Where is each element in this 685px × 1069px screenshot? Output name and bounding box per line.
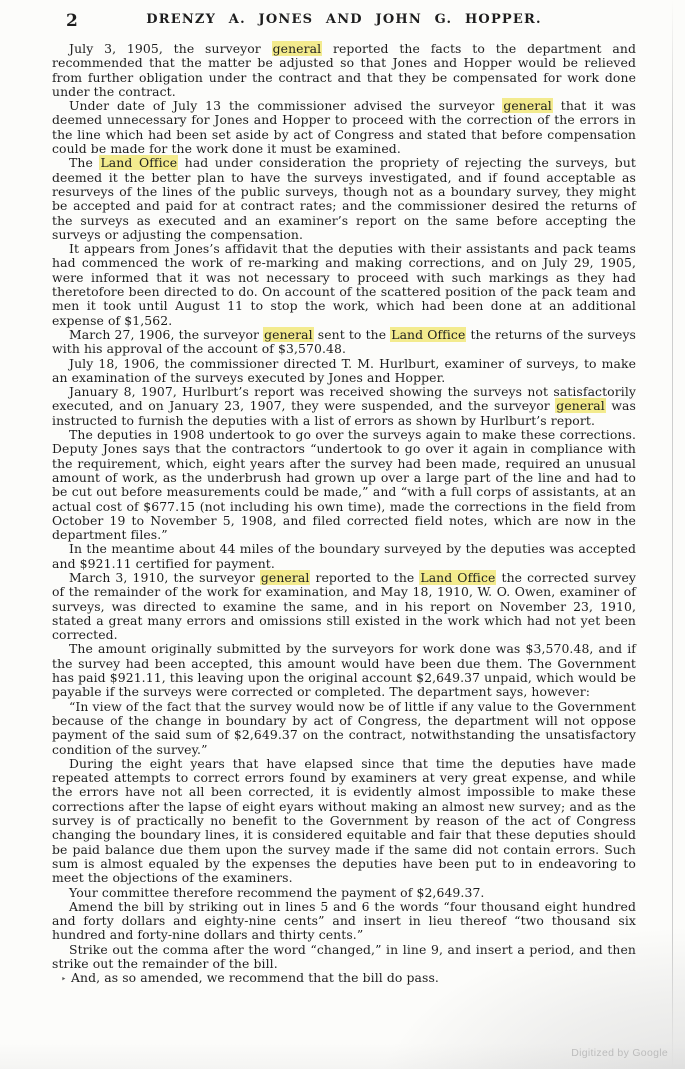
digitized-by-google-watermark: Digitized by Google	[571, 1047, 668, 1059]
paragraph: March 3, 1910, the surveyor general repo…	[52, 571, 636, 642]
page-header: 2 DRENZY A. JONES AND JOHN G. HOPPER.	[52, 12, 636, 27]
document-body: July 3, 1905, the surveyor general repor…	[52, 42, 636, 988]
paragraph: March 27, 1906, the surveyor general sen…	[52, 328, 636, 357]
page-edge-line	[672, 0, 673, 1069]
paragraph: ‣And, as so amended, we recommend that t…	[52, 971, 636, 987]
paragraph: January 8, 1907, Hurlburt’s report was r…	[52, 385, 636, 428]
paragraph: Amend the bill by striking out in lines …	[52, 900, 636, 943]
paragraph: Your committee therefore recommend the p…	[52, 886, 636, 900]
highlighted-term: general	[260, 570, 311, 585]
scanned-document-page: 2 DRENZY A. JONES AND JOHN G. HOPPER. Ju…	[0, 0, 685, 1069]
paragraph: Under date of July 13 the commissioner a…	[52, 99, 636, 156]
highlighted-term: general	[272, 41, 323, 56]
paragraph: July 3, 1905, the surveyor general repor…	[52, 42, 636, 99]
paragraph: It appears from Jones’s affidavit that t…	[52, 242, 636, 328]
paragraph: The Land Office had under consideration …	[52, 156, 636, 242]
highlighted-term: Land Office	[99, 155, 178, 170]
highlighted-term: Land Office	[419, 570, 496, 585]
page-number: 2	[66, 11, 78, 31]
paragraph: The amount originally submitted by the s…	[52, 642, 636, 699]
paragraph: Strike out the comma after the word “cha…	[52, 943, 636, 972]
paragraph: July 18, 1906, the commissioner directed…	[52, 357, 636, 386]
paragraph: “In view of the fact that the survey wou…	[52, 700, 636, 757]
paragraph: The deputies in 1908 undertook to go ove…	[52, 428, 636, 542]
highlighted-term: Land Office	[390, 327, 466, 342]
paragraph: In the meantime about 44 miles of the bo…	[52, 542, 636, 571]
highlighted-term: general	[502, 98, 553, 113]
stray-print-mark: ‣	[52, 973, 71, 987]
paragraph: During the eight years that have elapsed…	[52, 757, 636, 886]
highlighted-term: general	[555, 398, 606, 413]
highlighted-term: general	[263, 327, 314, 342]
running-header: DRENZY A. JONES AND JOHN G. HOPPER.	[52, 12, 636, 27]
